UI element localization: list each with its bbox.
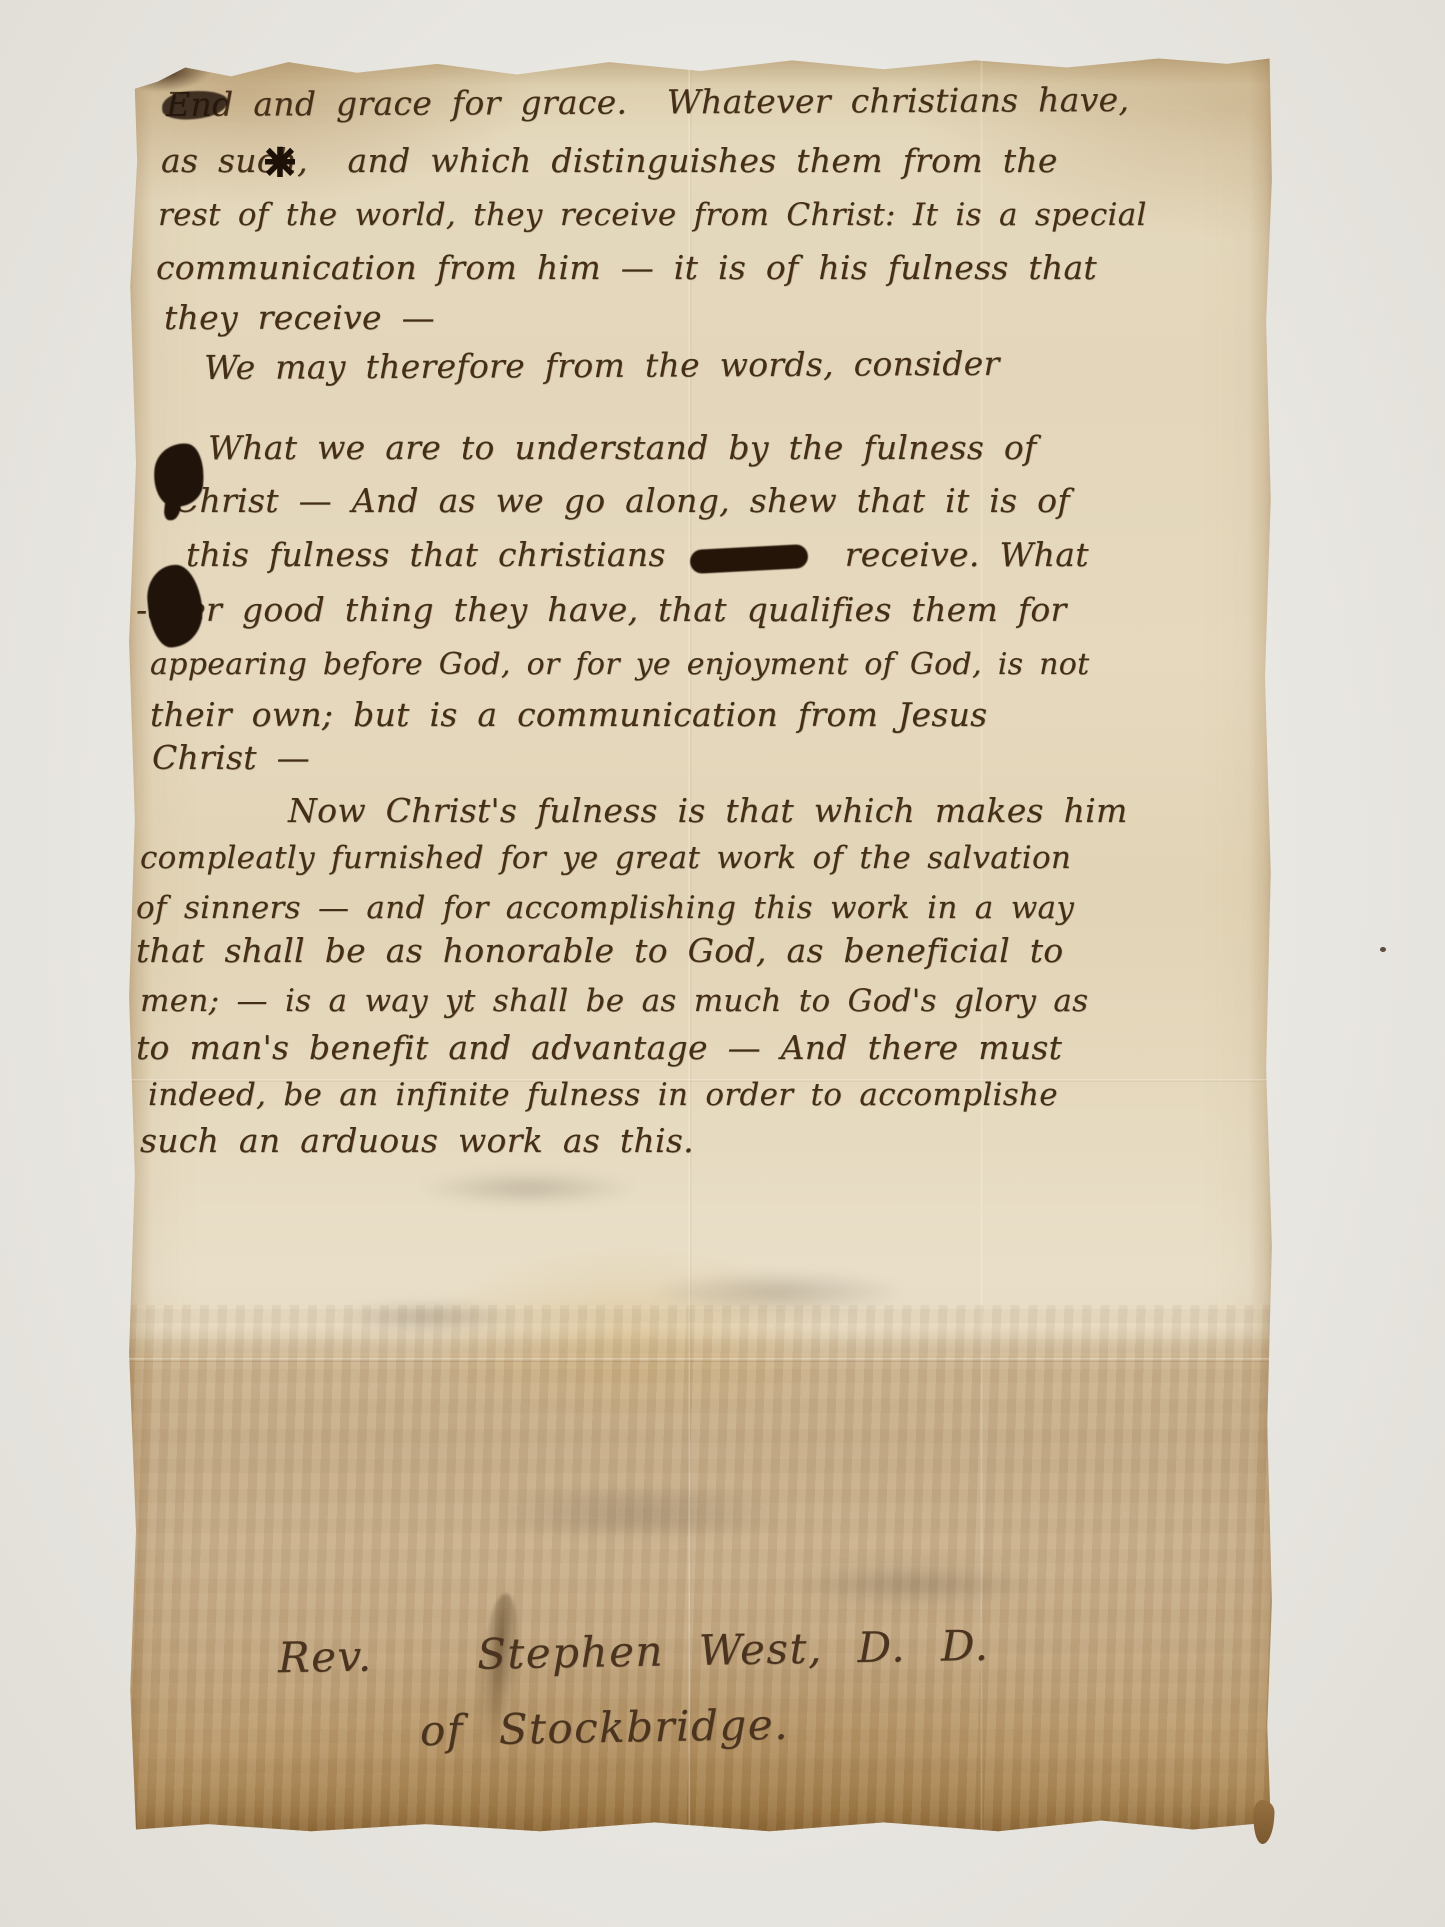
show-through-smudge — [788, 1560, 1038, 1608]
manuscript-line: Christ — And as we go along, shew that i… — [174, 481, 1070, 521]
manuscript-line: appearing before God, or for ye enjoymen… — [150, 645, 1089, 685]
manuscript-line: End and grace for grace. Whatever christ… — [166, 80, 1129, 125]
manuscript-line: We may therefore from the words, conside… — [204, 344, 1000, 388]
manuscript-line: What we are to understand by the fulness… — [208, 428, 1037, 468]
manuscript-page: End and grace for grace. Whatever christ… — [128, 55, 1273, 1833]
manuscript-line: such an arduous work as this. — [140, 1121, 694, 1161]
show-through-smudge — [418, 1170, 638, 1206]
manuscript-line: men; — is a way yt shall be as much to G… — [140, 981, 1088, 1021]
manuscript-line: that shall be as honorable to God, as be… — [136, 931, 1063, 971]
struck-numeral-ink-blot — [145, 563, 206, 649]
manuscript-line: compleatly furnished for ye great work o… — [140, 838, 1071, 878]
manuscript-line: Now Christ's fulness is that which makes… — [288, 791, 1128, 831]
manuscript-line: rest of the world, they receive from Chr… — [158, 195, 1147, 235]
show-through-smudge — [488, 1485, 788, 1541]
show-through-smudge — [648, 1270, 908, 1314]
paper-fiber-texture — [128, 1305, 1273, 1833]
manuscript-line: communication from him — it is of his fu… — [156, 248, 1097, 288]
inserted-asterisk-mark: × + — [258, 139, 302, 183]
manuscript-line: they receive — — [164, 298, 435, 338]
attribution-place: of Stockbridge. — [420, 1700, 790, 1756]
attribution-name: Rev. Stephen West, D. D. — [278, 1621, 990, 1683]
manuscript-line: Christ — — [152, 738, 310, 778]
torn-corner-tab — [1252, 1799, 1275, 1844]
show-through-smudge — [338, 1300, 518, 1334]
manuscript-line: indeed, be an infinite fulness in order … — [148, 1075, 1058, 1115]
manuscript-line: to man's benefit and advantage — And the… — [136, 1028, 1062, 1068]
manuscript-line: -ever good thing they have, that qualifi… — [136, 590, 1067, 630]
horizontal-fold-stain-boundary — [128, 1358, 1273, 1362]
photo-backdrop: End and grace for grace. Whatever christ… — [0, 0, 1445, 1927]
manuscript-line: their own; but is a communication from J… — [150, 695, 987, 735]
manuscript-line: of sinners — and for accomplishing this … — [136, 888, 1074, 928]
asterisk-plus-stroke: + — [258, 139, 302, 183]
mat-dust-speck — [1380, 947, 1386, 952]
manuscript-line: this fulness that christians ——— receive… — [186, 535, 1089, 575]
